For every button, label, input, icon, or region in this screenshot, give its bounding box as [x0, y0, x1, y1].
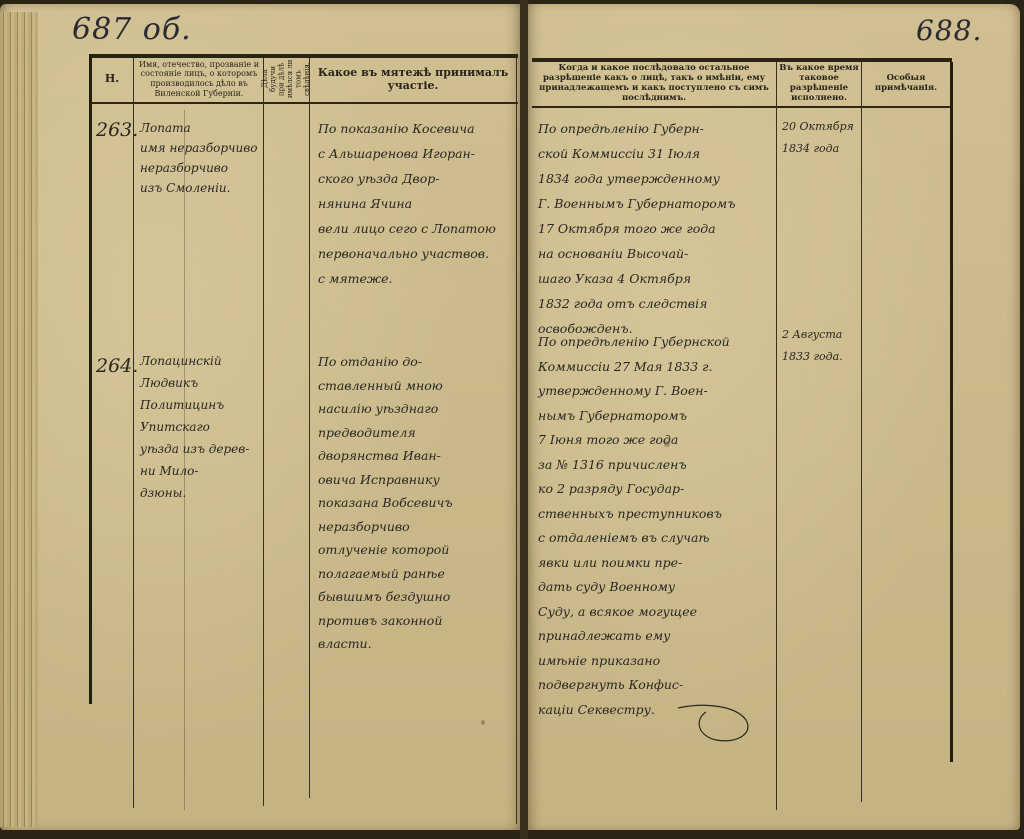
column-header-name: Имя, отечество, прозваніе и состояніе ли…	[136, 58, 262, 100]
header-bottom-rule	[90, 102, 518, 104]
column-divider	[133, 58, 134, 808]
entry-resolution: По опредѣленію Губернской Коммиссіи 27 М…	[538, 330, 776, 722]
column-header-case-location: Дѣла будучи при дѣлѣ имѣлся ли томъ свѣд…	[265, 58, 307, 100]
column-header-remarks: Особыя примѣчанія.	[863, 62, 949, 104]
entry-executed-date: 20 Октября 1834 года	[782, 116, 862, 160]
entry-participation: По отданію до- ставленный мною насилію у…	[318, 350, 518, 656]
book-gutter	[520, 0, 528, 839]
entry-executed-date: 2 Августа 1833 года.	[782, 324, 862, 368]
signature-flourish-icon	[676, 700, 756, 750]
table-right-border	[950, 62, 953, 762]
entry-name: Лопацинскій Людвикъ Политицинъ Упитскаго…	[140, 350, 264, 504]
entry-number: 264.	[96, 354, 138, 378]
folio-number-left: 687 об.	[72, 12, 192, 47]
column-divider	[861, 62, 862, 802]
folio-number-right: 688.	[916, 14, 982, 47]
register-book-spread: 687 об. 688. Н. Имя, отечество, прозвані…	[0, 0, 1024, 839]
column-divider	[776, 62, 777, 810]
entry-resolution: По опредѣленію Губерн- ской Коммиссіи 31…	[538, 116, 776, 341]
entry-name: Лопата имя неразборчиво неразборчиво изъ…	[140, 118, 264, 198]
header-bottom-rule	[532, 106, 952, 108]
entry-number: 263.	[96, 118, 138, 142]
column-header-executed: Въ какое время таковое разрѣшеніе исполн…	[778, 62, 860, 104]
column-header-resolution: Когда и какое послѣдовало остальное разр…	[532, 62, 776, 104]
column-divider	[309, 58, 310, 798]
column-header-participation: Какое въ мятежѣ принималъ участіе.	[312, 58, 514, 100]
entry-participation: По показанію Косевича с Альшаренова Игор…	[318, 116, 518, 291]
ink-blot	[664, 441, 670, 447]
column-header-number: Н.	[92, 58, 132, 100]
page-edges	[0, 12, 38, 827]
ink-blot	[481, 720, 485, 725]
table-left-border	[89, 54, 92, 704]
